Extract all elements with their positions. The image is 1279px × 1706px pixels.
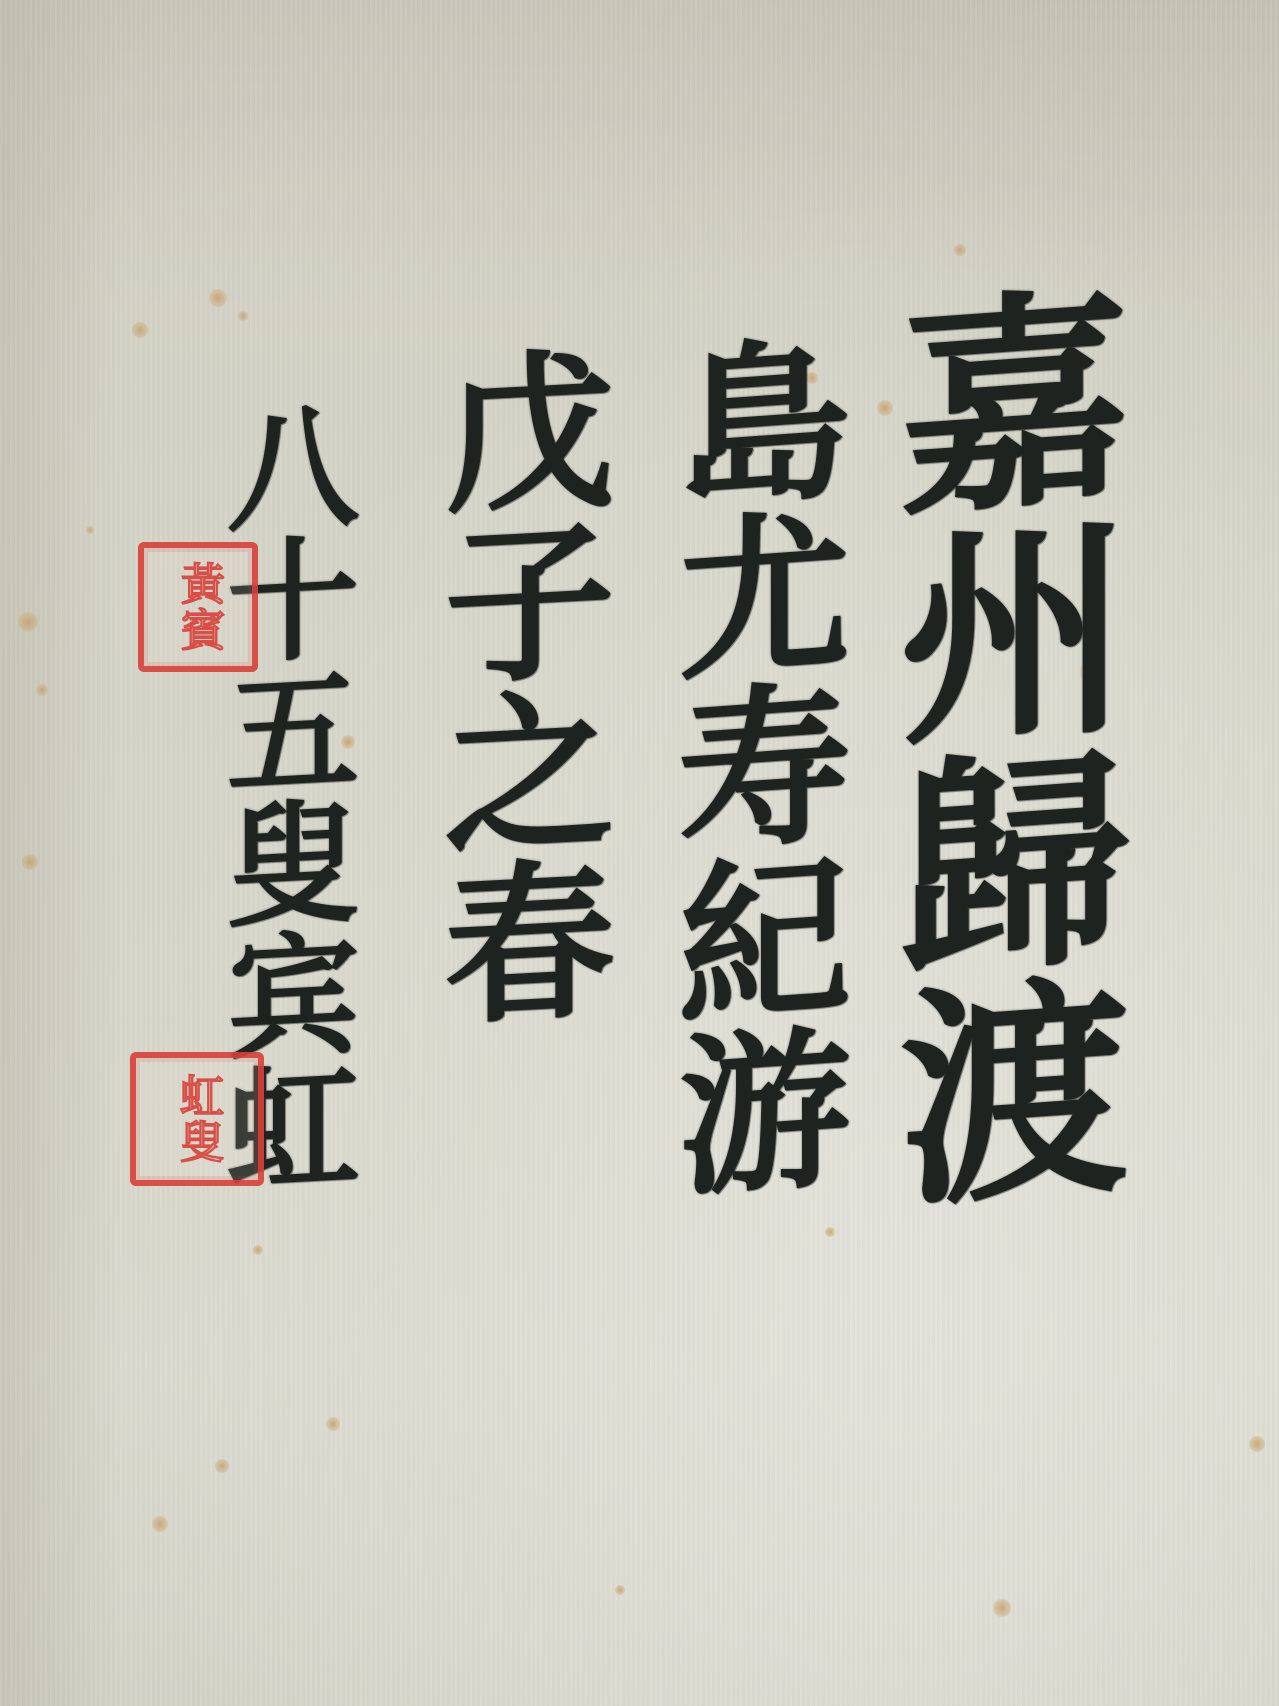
foxing-spot bbox=[615, 1585, 625, 1595]
foxing-spot bbox=[215, 1459, 229, 1473]
foxing-spot bbox=[238, 311, 248, 321]
seal-upper-text: 黃賓 bbox=[176, 561, 220, 653]
foxing-spot bbox=[326, 1417, 340, 1431]
foxing-spot bbox=[253, 1245, 263, 1255]
foxing-spot bbox=[1249, 1436, 1265, 1452]
foxing-spot bbox=[993, 1599, 1011, 1617]
foxing-spot bbox=[209, 289, 227, 307]
foxing-spot bbox=[954, 244, 966, 256]
seal-lower-text: 虹叟 bbox=[175, 1073, 219, 1165]
calligraphy-column-1: 嘉州歸渡 bbox=[880, 277, 1110, 1213]
foxing-spot bbox=[825, 1227, 835, 1237]
foxing-spot bbox=[36, 684, 48, 696]
foxing-spot bbox=[132, 322, 148, 338]
foxing-spot bbox=[152, 1516, 168, 1532]
calligraphy-column-2: 島尤寿紀游 bbox=[665, 329, 837, 1201]
seal-stamp-upper: 黃賓 bbox=[138, 542, 258, 672]
foxing-spot bbox=[22, 854, 38, 870]
foxing-spot bbox=[86, 526, 94, 534]
foxing-spot bbox=[18, 612, 38, 632]
calligraphy-column-3-date: 戊子之春 bbox=[430, 341, 600, 1030]
seal-stamp-lower: 虹叟 bbox=[130, 1052, 264, 1186]
